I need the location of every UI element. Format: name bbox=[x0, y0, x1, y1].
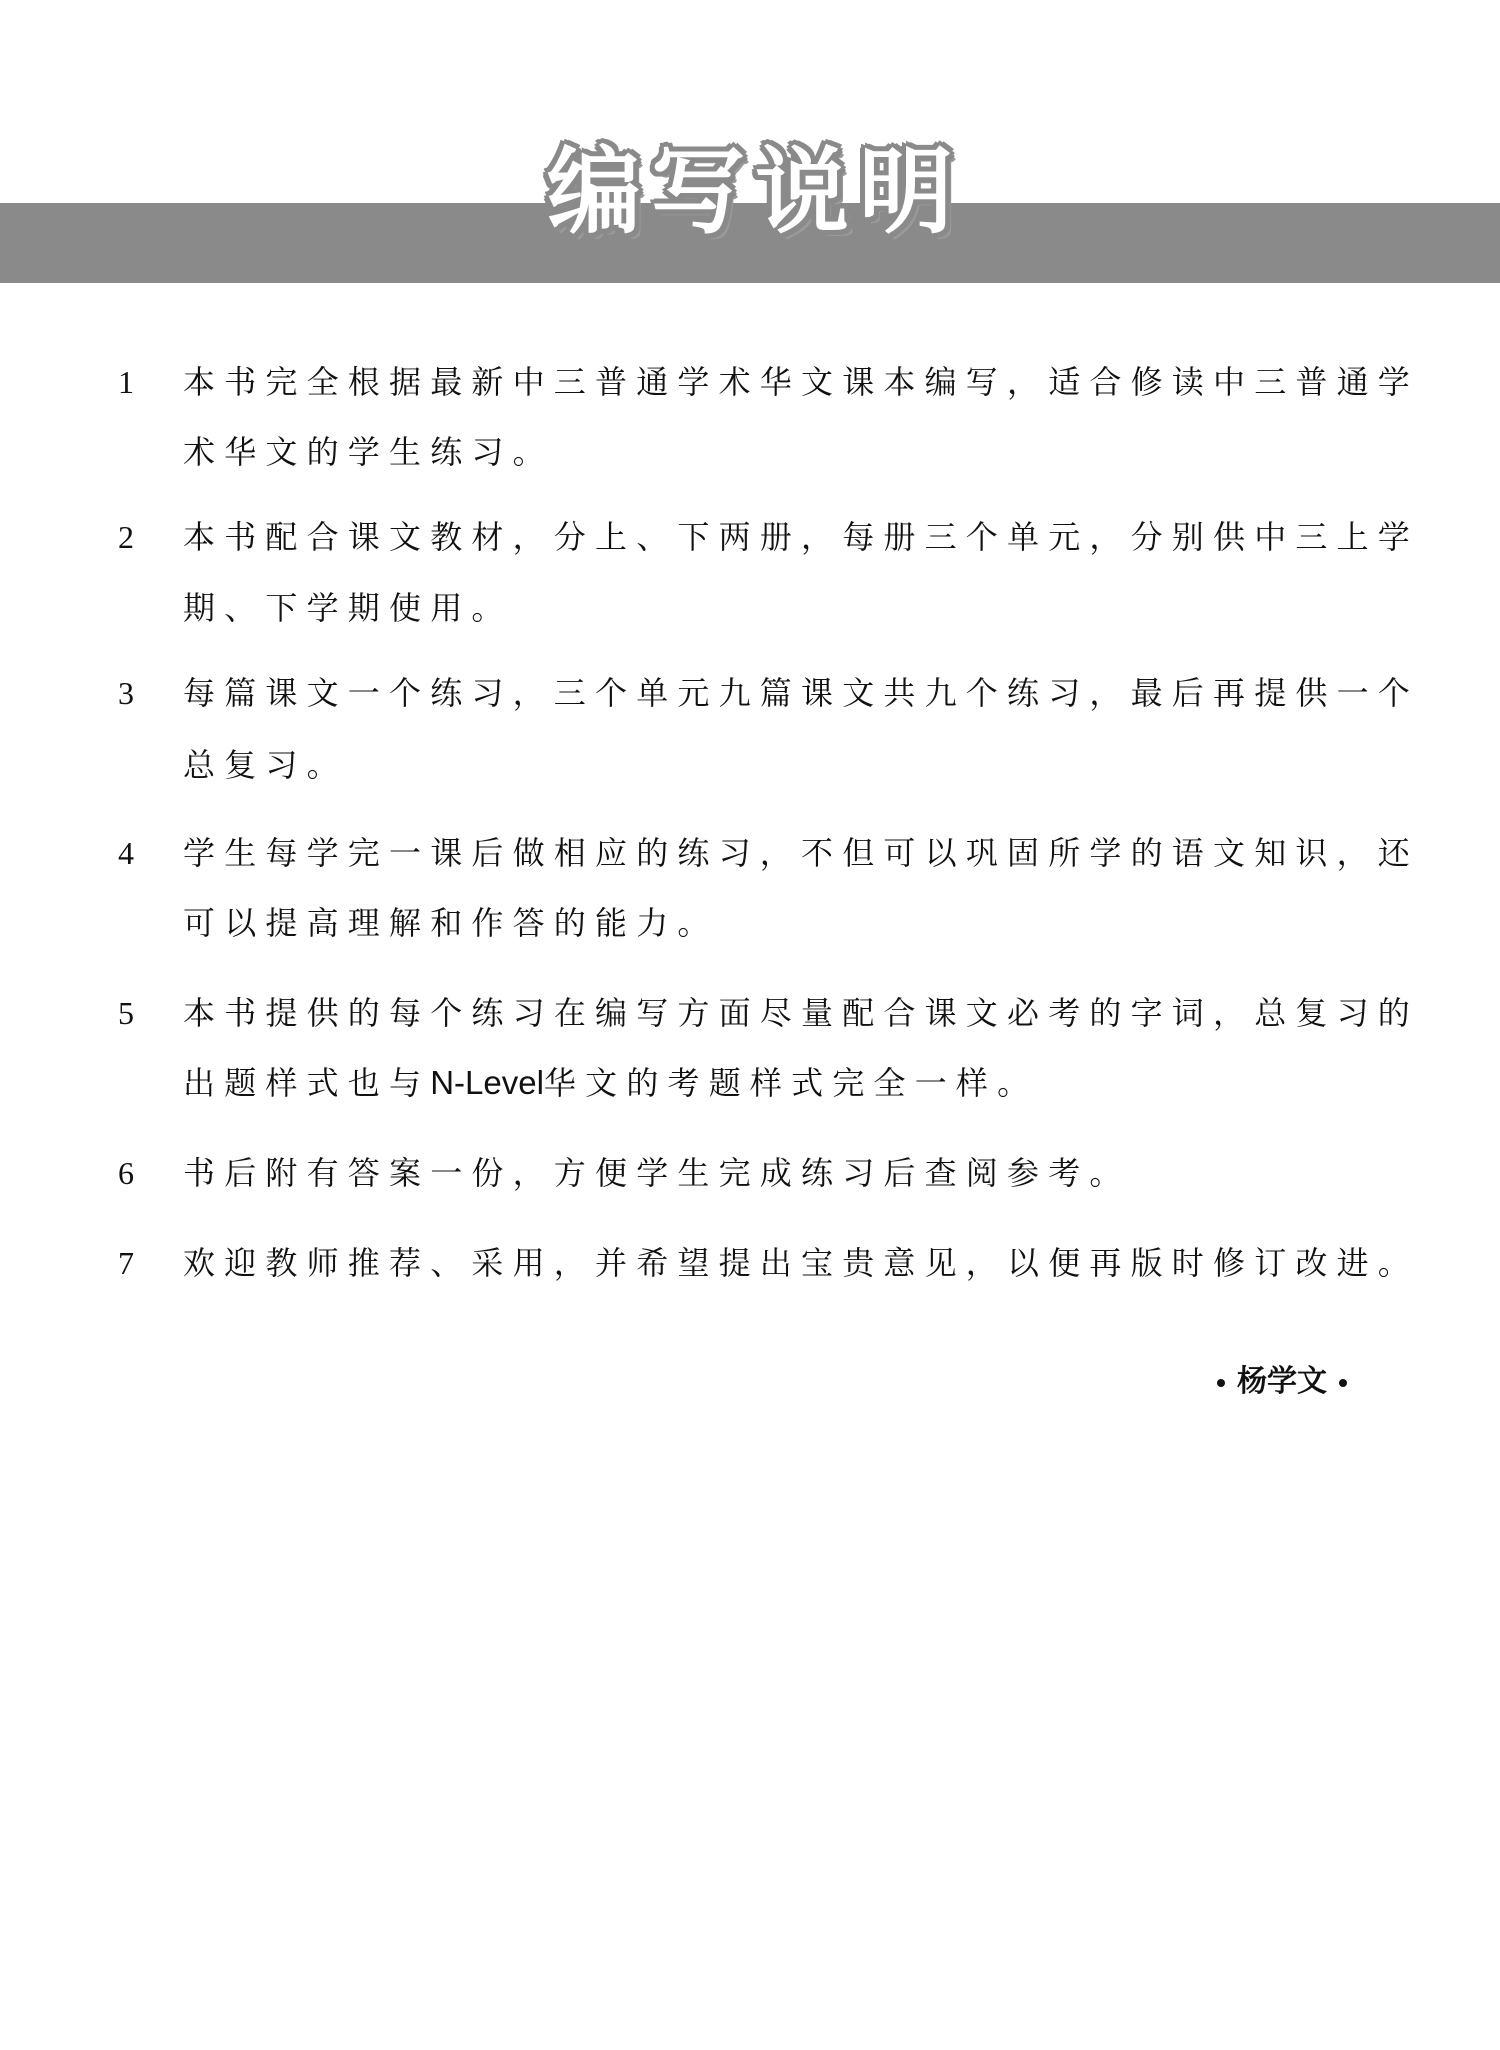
item-text-segment: 出题样式也与 bbox=[183, 1064, 430, 1102]
item-text-line: 本书配合课文教材，分上、下两册，每册三个单元，分别供中三上学 bbox=[183, 515, 1419, 559]
item-number: 5 bbox=[118, 991, 142, 1035]
author-name: 杨学文 bbox=[1237, 1364, 1327, 1399]
bullet-dot-icon bbox=[1217, 1379, 1225, 1387]
item-text-line: 本书提供的每个练习在编写方面尽量配合课文必考的字词，总复习的 bbox=[183, 991, 1419, 1035]
item-text-line: 可以提高理解和作答的能力。 bbox=[183, 901, 719, 945]
author-signature: 杨学文 bbox=[1205, 1360, 1359, 1404]
item-number: 1 bbox=[118, 360, 142, 404]
item-text-line: 本书完全根据最新中三普通学术华文课本编写，适合修读中三普通学 bbox=[183, 360, 1419, 404]
item-text-segment: 华文的考题样式完全一样。 bbox=[544, 1064, 1038, 1102]
item-text-line: 出题样式也与N-Level华文的考题样式完全一样。 bbox=[183, 1061, 1038, 1105]
item-text-line: 书后附有答案一份，方便学生完成练习后查阅参考。 bbox=[183, 1151, 1131, 1195]
item-number: 2 bbox=[118, 515, 142, 559]
item-text-line: 总复习。 bbox=[183, 743, 348, 787]
page-title-text: 编写说明 bbox=[537, 138, 963, 247]
item-text-line: 学生每学完一课后做相应的练习，不但可以巩固所学的语文知识，还 bbox=[183, 831, 1419, 875]
item-text-line: 术华文的学生练习。 bbox=[183, 430, 554, 474]
item-text-line: 欢迎教师推荐、采用，并希望提出宝贵意见，以便再版时修订改进。 bbox=[183, 1241, 1419, 1285]
item-text-line: 期、下学期使用。 bbox=[183, 586, 513, 630]
item-number: 3 bbox=[118, 671, 142, 715]
item-number: 4 bbox=[118, 831, 142, 875]
n-level-term: N-Level bbox=[430, 1064, 544, 1101]
item-number: 7 bbox=[118, 1241, 142, 1285]
item-number: 6 bbox=[118, 1151, 142, 1195]
page-title: 编写说明 bbox=[0, 138, 1500, 248]
item-text-line: 每篇课文一个练习，三个单元九篇课文共九个练习，最后再提供一个 bbox=[183, 671, 1419, 715]
bullet-dot-icon bbox=[1339, 1379, 1347, 1387]
